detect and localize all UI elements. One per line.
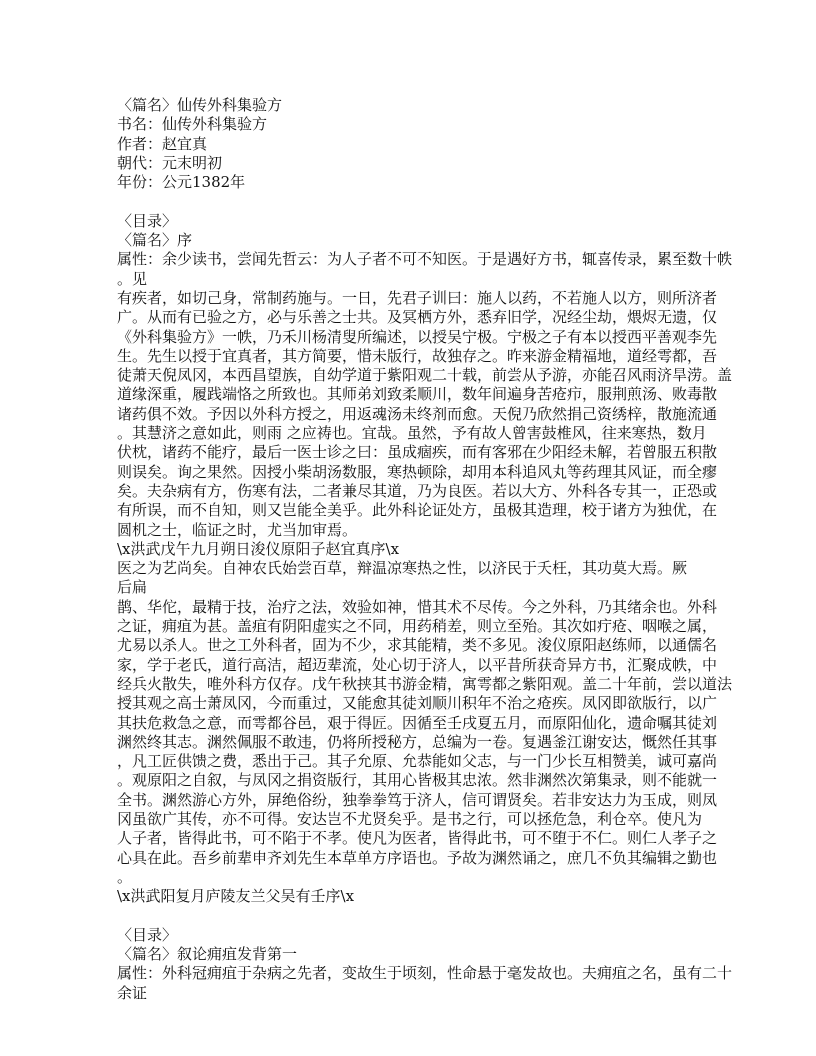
text-line: 尤易以杀人。世之工外科者，固为不少，求其能精，类不多见。浚仪原阳赵练师，以通儒名 (117, 636, 717, 655)
spacer (117, 192, 717, 211)
text-line: 医之为艺尚矣。自神农氏始尝百草，辩温凉寒热之性，以济民于夭枉，其功莫大焉。厥 (117, 559, 717, 578)
text-line: 授其观之高士萧凤冈，今而重过，又能愈其徒刘顺川积年不治之疮疾。凤冈即欲版行，以广 (117, 694, 717, 713)
text-line: 。观原阳之自叙，与凤冈之捐资版行，其用心皆极其忠浓。然非渊然次第集录，则不能就一 (117, 771, 717, 790)
section-body: 属性：外科冠痈疽于杂病之先者，变故生于顷刻，性命悬于毫发故也。夫痈疽之名，虽有二… (117, 964, 717, 1003)
text-line: 鹊、华佗，最精于技，治疗之法，效验如神，惜其术不尽传。今之外科，乃其绪余也。外科 (117, 598, 717, 617)
toc-label: 〈目录〉 (117, 926, 717, 945)
section-body: 属性：余少读书，尝闻先哲云：为人子者不可不知医。于是遇好方书，辄喜传录，累至数十… (117, 250, 717, 906)
header-year: 年份：公元1382年 (117, 173, 717, 192)
section-preface: 〈目录〉 〈篇名〉序 属性：余少读书，尝闻先哲云：为人子者不可不知医。于是遇好方… (117, 212, 717, 907)
text-line: 余证 (117, 984, 717, 1003)
header-chapter-title: 〈篇名〉仙传外科集验方 (117, 96, 717, 115)
text-line: 《外科集验方》一帙，乃禾川杨清叟所编述，以授吴宁极。宁极之子有本以授西平善观李先 (117, 328, 717, 347)
text-line: 属性：余少读书，尝闻先哲云：为人子者不可不知医。于是遇好方书，辄喜传录，累至数十… (117, 250, 717, 269)
header-book-name: 书名：仙传外科集验方 (117, 115, 717, 134)
text-line: 其扶危救急之意，而雩都谷邑，艰于得匠。因循至壬戌夏五月，而原阳仙化，遗命嘱其徒刘 (117, 714, 717, 733)
toc-label: 〈目录〉 (117, 212, 717, 231)
book-header: 〈篇名〉仙传外科集验方 书名：仙传外科集验方 作者：赵宜真 朝代：元末明初 年份… (117, 96, 717, 192)
text-line: 。其慧济之意如此，则雨 之应祷也。宜哉。虽然，予有故人曾害鼓椎风，往来寒热，数月 (117, 424, 717, 443)
text-line: 家，学于老氏，道行高洁，超迈辈流，处心切于济人，以平昔所获奇异方书，汇聚成帙，中 (117, 656, 717, 675)
preface-signature: \x洪武阳复月庐陵友兰父吴有壬序\x (117, 887, 717, 906)
text-line: 之证，痈疽为甚。盖疽有阴阳虚实之不同，用药稍差，则立至殆。其次如疔疮、咽喉之属， (117, 617, 717, 636)
text-line: 属性：外科冠痈疽于杂病之先者，变故生于顷刻，性命悬于毫发故也。夫痈疽之名，虽有二… (117, 964, 717, 983)
text-line: 。 (117, 868, 717, 887)
text-line: 渊然终其志。渊然佩服不敢违，仍将所授秘方，总编为一卷。复遇釜江谢安达，慨然任其事 (117, 733, 717, 752)
text-line: 矣。夫杂病有方，伤寒有法，二者兼尽其道，乃为良医。若以大方、外科各专其一，正恐或 (117, 482, 717, 501)
text-line: ，凡工匠供馈之费，悉出于己。其子允原、允恭能如父志，与一门少长互相赞美，诚可嘉尚 (117, 752, 717, 771)
text-line: 则误矣。询之果然。因授小柴胡汤数服，寒热顿除，却用本科追风丸等药理其风证，而全瘳 (117, 463, 717, 482)
text-line: 生。先生以授于宜真者，其方简要，惜未版行，故独存之。昨来游金精福地，道经雩都，吾 (117, 347, 717, 366)
text-line: 冈虽欲广其传，亦不可得。安达岂不尤贤矣乎。是书之行，可以拯危急，利仓卒。使凡为 (117, 810, 717, 829)
text-line: 道缘深重，履践端恪之所致也。其师弟刘致柔顺川，数年间遍身苦疮疖，服荆煎汤、败毒散 (117, 385, 717, 404)
text-line: 有疾者，如切己身，常制药施与。一日，先君子训曰：施人以药，不若施人以方，则所济者 (117, 289, 717, 308)
spacer (117, 906, 717, 925)
text-line: 心具在此。吾乡前辈申齐刘先生本草单方序语也。予故为渊然诵之，庶几不负其编辑之勤也 (117, 849, 717, 868)
text-line: 经兵火散失，唯外科方仅存。戊午秋挟其书游金精，寓雩都之紫阳观。盖二十年前，尝以道… (117, 675, 717, 694)
text-line: 诸药俱不效。予因以外科方授之，用返魂汤未终剂而愈。天倪乃欣然捐己资绣梓，散施流通 (117, 405, 717, 424)
section-chapter-1: 〈目录〉 〈篇名〉叙论痈疽发背第一 属性：外科冠痈疽于杂病之先者，变故生于顷刻，… (117, 926, 717, 1003)
text-line: 有所误，而不自知，则又岂能全美乎。此外科论证处方，虽极其造理，校于诸方为独优，在 (117, 501, 717, 520)
text-line: 人子者，皆得此书，可不陷于不孝。使凡为医者，皆得此书，可不堕于不仁。则仁人孝子之 (117, 829, 717, 848)
text-line: 圆机之士，临证之时，尤当加审焉。 (117, 521, 717, 540)
header-dynasty: 朝代：元末明初 (117, 154, 717, 173)
text-line: 全书。渊然游心方外，屏绝俗纷，独拳拳笃于济人，信可谓贤矣。若非安达力为玉成，则凤 (117, 791, 717, 810)
section-title: 〈篇名〉序 (117, 231, 717, 250)
document-page: 〈篇名〉仙传外科集验方 书名：仙传外科集验方 作者：赵宜真 朝代：元末明初 年份… (117, 96, 717, 1003)
header-author: 作者：赵宜真 (117, 135, 717, 154)
text-line: 后扁 (117, 578, 717, 597)
section-title: 〈篇名〉叙论痈疽发背第一 (117, 945, 717, 964)
text-line: 广。从而有已验之方，必与乐善之士共。及冥栖方外，悉弃旧学，况经尘劫，煨烬无遗，仅 (117, 308, 717, 327)
text-line: 。见 (117, 270, 717, 289)
text-line: 徒萧天倪凤冈，本西昌望族，自幼学道于紫阳观二十载，前尝从予游，亦能召风雨济旱涝。… (117, 366, 717, 385)
text-line: 伏枕，诸药不能疗，最后一医士诊之曰：虽成痼疾，而有客邪在少阳经未解，若曾服五积散 (117, 443, 717, 462)
preface-signature: \x洪武戊午九月朔日浚仪原阳子赵宜真序\x (117, 540, 717, 559)
